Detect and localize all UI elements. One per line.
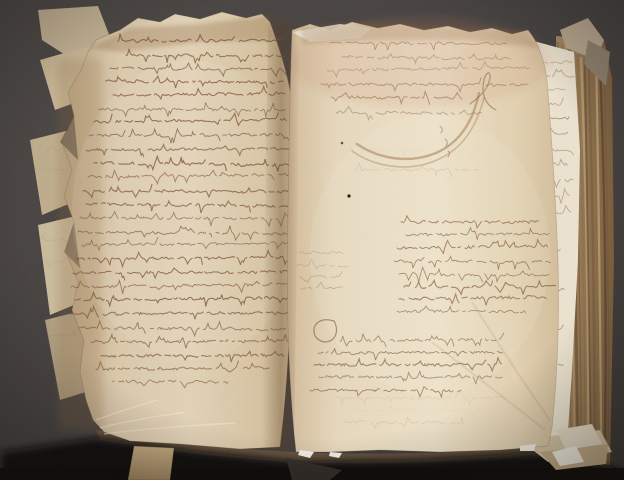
manuscript-photo [0, 0, 624, 480]
photo-grain [0, 0, 624, 480]
